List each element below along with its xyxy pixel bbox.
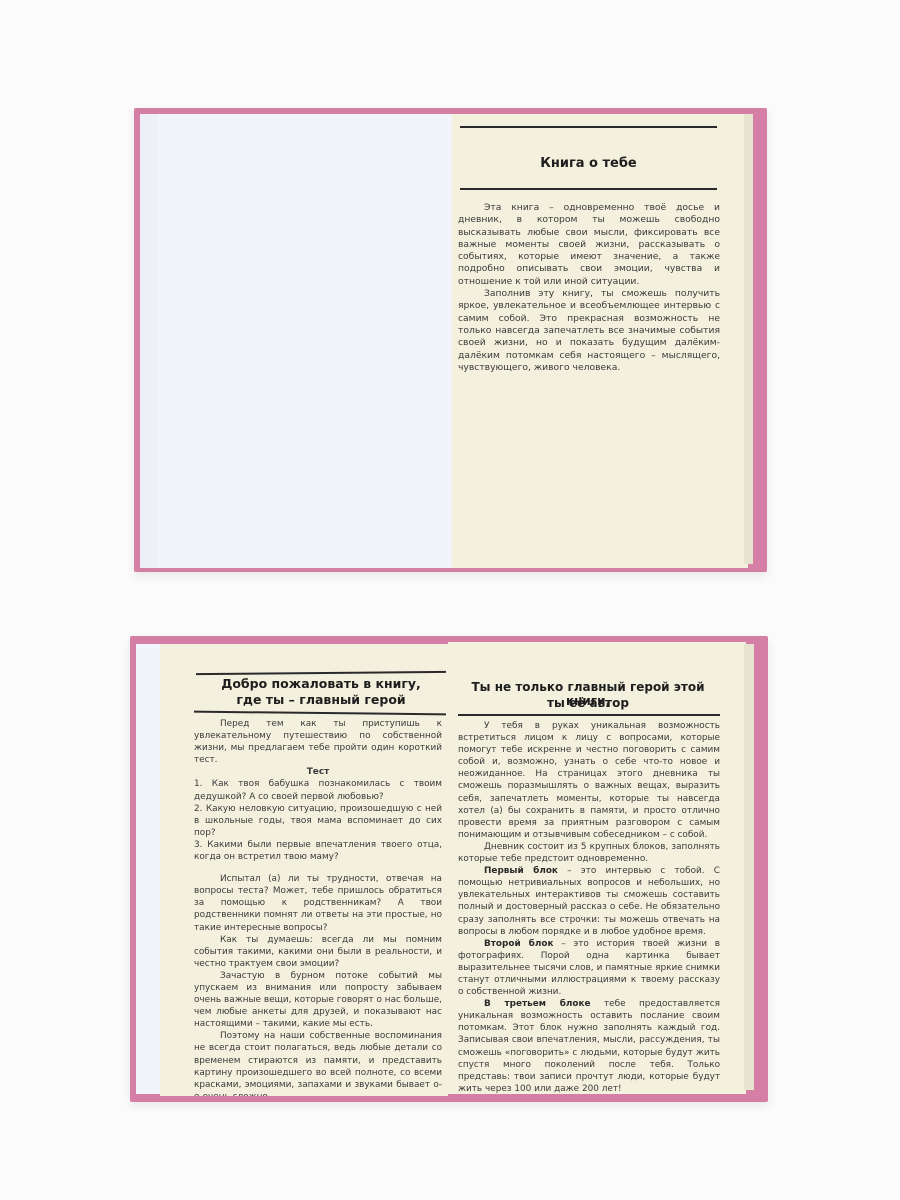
paragraph: Эта книга – одновременно твоё досье и дн… — [458, 202, 720, 288]
title-rule-bottom — [458, 714, 720, 716]
page-title-line-1: Добро пожаловать в книгу, — [190, 676, 448, 691]
paragraph: Заполнив эту книгу, ты сможешь получить … — [458, 288, 720, 374]
bottom-right-page-edge — [744, 644, 754, 1090]
test-question: 1. Как твоя бабушка познакомилась с твои… — [194, 778, 442, 802]
bottom-left-page: Добро пожаловать в книгу, где ты – главн… — [160, 644, 448, 1096]
block-name: В третьем блоке — [484, 999, 591, 1009]
spacer — [194, 863, 442, 873]
test-question: 3. Какими были первые впечатления твоего… — [194, 839, 442, 863]
page-title: Книга о тебе — [460, 156, 717, 171]
bottom-right-page: Ты не только главный герой этой книги, т… — [448, 642, 746, 1094]
paragraph: Второй блок – это история твоей жизни в … — [458, 938, 720, 998]
page-body-text: Эта книга – одновременно твоё досье и дн… — [458, 202, 720, 374]
test-heading: Тест — [194, 766, 442, 778]
paragraph: Как ты думаешь: всегда ли мы помним собы… — [194, 934, 442, 970]
title-rule-top — [460, 126, 717, 128]
title-rule-bottom — [194, 711, 446, 715]
paragraph: Испытал (а) ли ты трудности, отвечая на … — [194, 873, 442, 933]
top-right-page-edge — [744, 114, 753, 564]
page-body-text: Перед тем как ты приступишь к увлекатель… — [194, 718, 442, 1096]
paragraph: Первый блок – это интервью с тобой. С по… — [458, 865, 720, 938]
paragraph: Дневник состоит из 5 крупных блоков, зап… — [458, 841, 720, 865]
paragraph: Перед тем как ты приступишь к увлекатель… — [194, 718, 442, 766]
top-left-page-blank — [140, 114, 452, 568]
block-name: Первый блок — [484, 866, 558, 876]
paragraph: Поэтому на наши собственные воспоминания… — [194, 1030, 442, 1096]
paragraph: Зачастую в бурном потоке событий мы упус… — [194, 970, 442, 1030]
title-rule-bottom — [460, 188, 717, 190]
page-title-line-2: где ты – главный герой — [190, 692, 448, 707]
paragraph: В третьем блоке тебе предоставляется уни… — [458, 998, 720, 1094]
paragraph: У тебя в руках уникальная возможность вс… — [458, 720, 720, 841]
top-right-page: Книга о тебе Эта книга – одновременно тв… — [452, 114, 748, 568]
page-title-line-2: ты её автор — [450, 696, 726, 710]
top-left-page-edge — [140, 114, 158, 568]
page-body-text: У тебя в руках уникальная возможность вс… — [458, 720, 720, 1094]
block-name: Второй блок — [484, 939, 553, 949]
test-question: 2. Какую неловкую ситуацию, произошедшую… — [194, 803, 442, 839]
title-rule-top — [196, 671, 446, 675]
